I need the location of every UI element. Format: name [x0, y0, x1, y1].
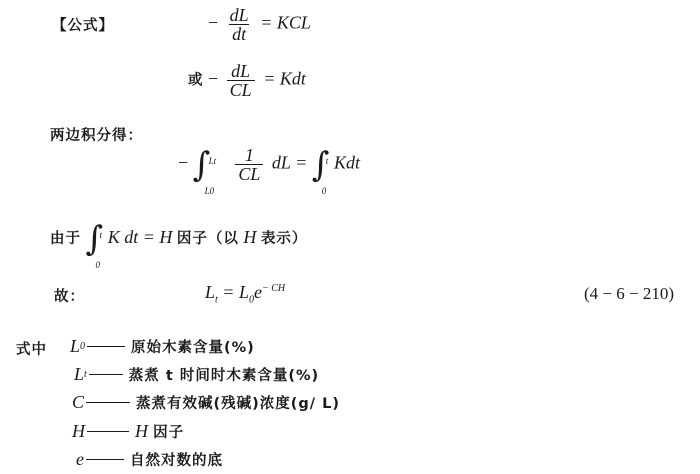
- minus-sign: −: [208, 69, 218, 89]
- definitions-label: 式中: [16, 338, 47, 359]
- symbol: L: [70, 336, 80, 357]
- dash: [86, 402, 130, 403]
- tail-end: 表示）: [261, 231, 308, 247]
- definition-item: L0 原始木素含量(%): [70, 336, 255, 357]
- denominator: CL: [235, 164, 263, 183]
- minus-sign: −: [208, 13, 218, 33]
- numerator: 1: [242, 146, 257, 164]
- description: 自然对数的底: [130, 449, 223, 470]
- tail: 因子（以: [177, 231, 239, 247]
- section-label: 【公式】: [52, 14, 114, 35]
- equation-2: 或 − dL CL = Kdt: [188, 62, 306, 99]
- definition-item: H H 因子: [72, 421, 184, 442]
- equation-3: − ∫ Lt L0 1 CL dL = ∫ t 0 Kdt: [178, 146, 360, 183]
- fraction: 1 CL: [235, 146, 263, 183]
- denominator: CL: [227, 80, 255, 99]
- numerator: dL: [228, 62, 253, 80]
- fraction: dL CL: [227, 62, 255, 99]
- equation-number: (4 − 6 − 210): [584, 284, 674, 304]
- tail-var: H: [243, 227, 256, 247]
- minus-sign: −: [178, 153, 188, 173]
- dash: [89, 374, 123, 375]
- integral-sign: ∫ t 0: [86, 222, 104, 256]
- integral-sign: ∫ t 0: [312, 148, 330, 182]
- since-label: 由于: [50, 231, 81, 247]
- definition-item: e 自然对数的底: [76, 449, 223, 470]
- rhs-sup: − CH: [262, 283, 285, 294]
- lhs-sub: t: [215, 295, 218, 306]
- upper-limit: t: [326, 144, 329, 178]
- rhs: = Kdt: [263, 69, 306, 89]
- lower-limit: 0: [322, 174, 327, 208]
- symbol: C: [72, 392, 84, 413]
- symbol-sub: 0: [80, 341, 85, 352]
- rhs-e: e: [254, 282, 262, 302]
- mid: dL =: [272, 153, 307, 173]
- body: K dt = H: [108, 227, 173, 247]
- description: 原始木素含量(%): [131, 336, 255, 357]
- definition-item: Lt 蒸煮 t 时间时木素含量(%): [74, 364, 319, 385]
- lower-limit: L0: [205, 174, 215, 208]
- therefore-label: 故：: [54, 285, 85, 306]
- integrate-label: 两边积分得：: [50, 124, 143, 145]
- fraction: dL dt: [227, 6, 252, 43]
- dash: [87, 346, 125, 347]
- description-var: H: [135, 421, 148, 442]
- symbol-sub: t: [84, 369, 87, 380]
- or-label: 或: [188, 73, 204, 89]
- numerator: dL: [227, 6, 252, 24]
- lhs: L: [205, 282, 215, 302]
- upper-limit: Lt: [209, 144, 217, 178]
- dash: [86, 459, 124, 460]
- definition-item: C 蒸煮有效碱(残碱)浓度(g/ L): [72, 392, 340, 413]
- symbol: e: [76, 449, 84, 470]
- rhs: = KCL: [260, 13, 311, 33]
- eq: = L: [222, 282, 249, 302]
- denominator: dt: [229, 24, 249, 43]
- dash: [87, 431, 129, 432]
- symbol: H: [72, 421, 85, 442]
- integral-sign: ∫ Lt L0: [193, 148, 211, 182]
- symbol: L: [74, 364, 84, 385]
- description: 蒸煮 t 时间时木素含量(%): [129, 364, 319, 385]
- description: 蒸煮有效碱(残碱)浓度(g/ L): [136, 392, 340, 413]
- description: 因子: [153, 421, 184, 442]
- equation-4: 由于 ∫ t 0 K dt = H 因子（以 H 表示）: [50, 222, 307, 256]
- equation-1: − dL dt = KCL: [208, 6, 311, 43]
- lower-limit: 0: [96, 248, 101, 282]
- equation-5: Lt = L0e− CH: [205, 282, 285, 306]
- rhs: Kdt: [334, 153, 360, 173]
- upper-limit: t: [100, 218, 103, 252]
